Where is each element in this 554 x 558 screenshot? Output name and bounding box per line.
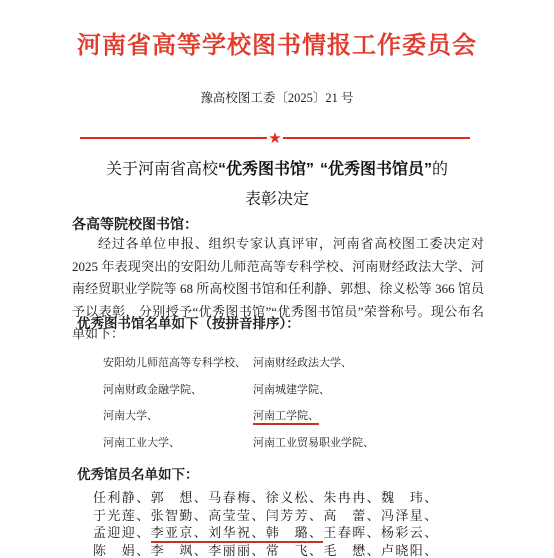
library-row: 河南工业大学、 河南工业贸易职业学院、 — [103, 430, 503, 457]
librarian-names: 孟迎迎、 — [93, 525, 151, 540]
document-title: 关于河南省高校“优秀图书馆”“优秀图书馆员”的 表彰决定 — [0, 155, 554, 215]
library-list: 安阳幼儿师范高等专科学校、 河南财经政法大学、 河南财政金融学院、 河南城建学院… — [103, 350, 503, 456]
document-page: 河南省高等学校图书情报工作委员会 豫高校图工委〔2025〕21 号 ★ 关于河南… — [0, 0, 554, 558]
underlined-librarian-names: 李亚京、刘华祝、韩 璐、 — [151, 525, 324, 543]
librarian-row: 任利静、郭 想、马春梅、徐义松、朱冉冉、魏 玮、 — [93, 489, 493, 507]
librarian-names: 王春晖、杨彩云、 — [323, 525, 438, 540]
library-row: 河南财政金融学院、 河南城建学院、 — [103, 377, 503, 404]
divider-line-right — [283, 137, 470, 139]
red-divider: ★ — [80, 130, 470, 146]
library-name: 河南财政金融学院、 — [103, 377, 253, 404]
librarian-list-heading: 优秀馆员名单如下： — [77, 463, 199, 483]
salutation: 各高等院校图书馆： — [72, 214, 198, 234]
document-title-line1: 关于河南省高校“优秀图书馆”“优秀图书馆员”的 — [0, 155, 554, 185]
title-quote-librarian: “优秀图书馆员” — [320, 161, 432, 178]
librarian-list: 任利静、郭 想、马春梅、徐义松、朱冉冉、魏 玮、 于光莲、张智勤、高莹莹、闫芳芳… — [93, 489, 493, 558]
underlined-library-name: 河南工学院、 — [253, 410, 319, 425]
librarian-row: 于光莲、张智勤、高莹莹、闫芳芳、高 蕾、冯泽星、 — [93, 507, 493, 525]
librarian-row: 陈 娟、李 飒、李丽丽、常 飞、毛 懋、卢晓阳、 — [93, 542, 493, 558]
title-prefix: 关于河南省高校 — [106, 161, 218, 178]
title-quote-library: “优秀图书馆” — [218, 161, 314, 178]
library-name: 河南工业大学、 — [103, 430, 253, 457]
library-list-heading: 优秀图书馆名单如下（按拼音排序）： — [77, 312, 300, 332]
library-name: 河南工学院、 — [253, 403, 503, 430]
document-title-line2: 表彰决定 — [0, 185, 554, 215]
library-name: 河南财经政法大学、 — [253, 350, 503, 377]
library-name: 安阳幼儿师范高等专科学校、 — [103, 350, 253, 377]
library-name: 河南大学、 — [103, 403, 253, 430]
library-row: 河南大学、 河南工学院、 — [103, 403, 503, 430]
letterhead-title: 河南省高等学校图书情报工作委员会 — [0, 25, 554, 60]
document-number: 豫高校图工委〔2025〕21 号 — [0, 88, 554, 106]
library-row: 安阳幼儿师范高等专科学校、 河南财经政法大学、 — [103, 350, 503, 377]
divider-line-left — [80, 137, 267, 139]
librarian-row: 孟迎迎、李亚京、刘华祝、韩 璐、王春晖、杨彩云、 — [93, 524, 493, 542]
library-name: 河南工业贸易职业学院、 — [253, 430, 503, 457]
star-icon: ★ — [268, 130, 281, 146]
library-name: 河南城建学院、 — [253, 377, 503, 404]
title-suffix: 的 — [432, 161, 448, 178]
